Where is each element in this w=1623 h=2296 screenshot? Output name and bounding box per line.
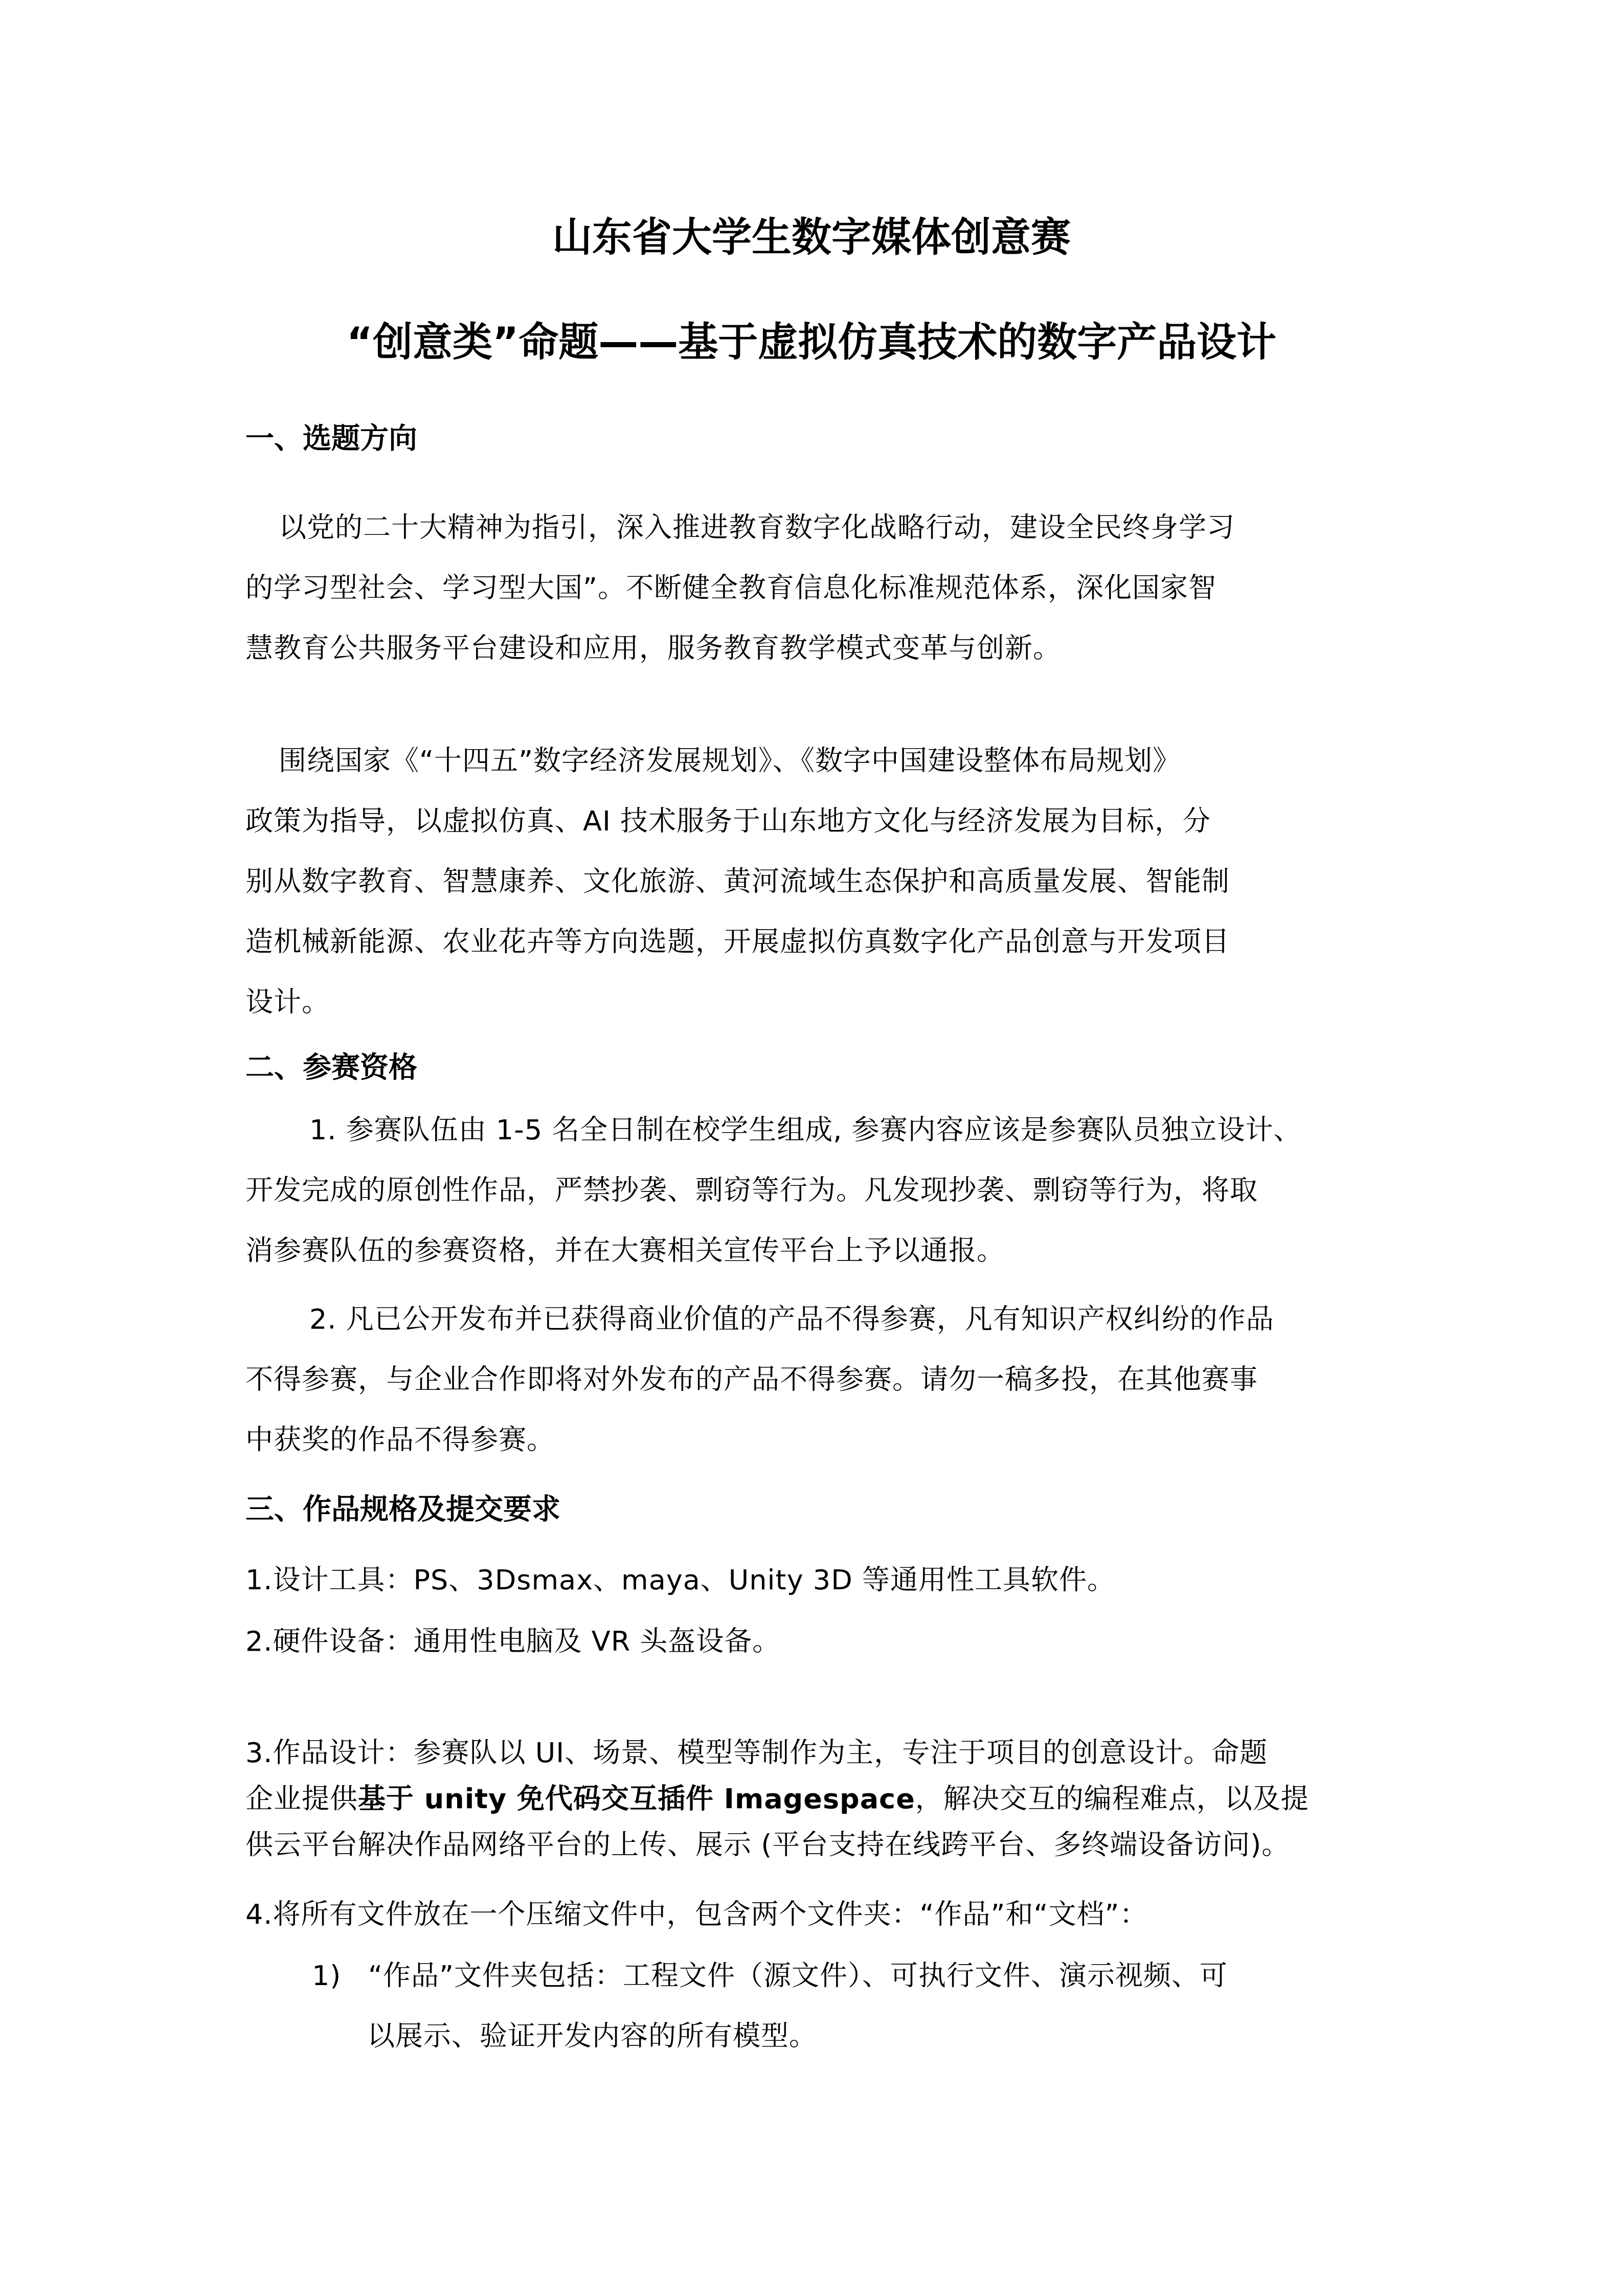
sub-item-line: 以展示、验证开发内容的所有模型。 [367,2020,817,2053]
list-item-line: 不得参赛，与企业合作即将对外发布的产品不得参赛。请勿一稿多投，在其他赛事 [245,1363,1258,1396]
section-heading-topic-direction: 一、选题方向 [245,422,417,455]
list-item-line: 企业提供基于 unity 免代码交互插件 Imagespace，解决交互的编程难… [245,1783,1309,1815]
text-segment: ，解决交互的编程难点，以及提 [915,1783,1309,1815]
document-subtitle: “创意类”命题——基于虚拟仿真技术的数字产品设计 [0,320,1623,366]
document-title: 山东省大学生数字媒体创意赛 [0,215,1623,261]
section-heading-submission-requirements: 三、作品规格及提交要求 [245,1493,560,1526]
sub-item-number: 1) [312,1960,341,1992]
list-item-line: 1.设计工具：PS、3Dsmax、maya、Unity 3D 等通用性工具软件。 [245,1564,1115,1596]
list-item-line: 开发完成的原创性作品，严禁抄袭、剽窃等行为。凡发现抄袭、剽窃等行为，将取 [245,1174,1258,1207]
list-item-line: 1. 参赛队伍由 1-5 名全日制在校学生组成, 参赛内容应该是参赛队员独立设计… [309,1114,1302,1146]
paragraph-line: 以党的二十大精神为指引，深入推进教育数字化战略行动，建设全民终身学习 [279,511,1235,544]
text-segment: 企业提供 [245,1783,358,1815]
list-item-line: 供云平台解决作品网络平台的上传、展示 (平台支持在线跨平台、多终端设备访问)。 [245,1829,1290,1861]
paragraph-line: 围绕国家《“十四五”数字经济发展规划》、《数字中国建设整体布局规划》 [279,745,1181,777]
list-item-line: 3.作品设计：参赛队以 UI、场景、模型等制作为主，专注于项目的创意设计。命题 [245,1737,1268,1769]
section-heading-eligibility: 二、参赛资格 [245,1051,417,1084]
paragraph-line: 设计。 [245,986,330,1019]
paragraph-line: 慧教育公共服务平台建设和应用，服务教育教学模式变革与创新。 [245,632,1061,665]
sub-item-line: “作品”文件夹包括：工程文件（源文件）、可执行文件、演示视频、可 [368,1960,1228,1992]
paragraph-line: 造机械新能源、农业花卉等方向选题，开展虚拟仿真数字化产品创意与开发项目 [245,926,1230,958]
paragraph-line: 的学习型社会、学习型大国”。不断健全教育信息化标准规范体系，深化国家智 [245,572,1216,604]
paragraph-line: 政策为指导，以虚拟仿真、AI 技术服务于山东地方文化与经济发展为目标，分 [245,805,1211,838]
paragraph-line: 别从数字教育、智慧康养、文化旅游、黄河流域生态保护和高质量发展、智能制 [245,865,1230,898]
list-item-line: 2. 凡已公开发布并已获得商业价值的产品不得参赛，凡有知识产权纠纷的作品 [309,1303,1274,1336]
list-item-line: 中获奖的作品不得参赛。 [245,1424,555,1456]
plugin-highlight: 基于 unity 免代码交互插件 Imagespace [358,1783,915,1815]
list-item-line: 消参赛队伍的参赛资格，并在大赛相关宣传平台上予以通报。 [245,1234,1005,1267]
list-item-line: 2.硬件设备：通用性电脑及 VR 头盔设备。 [245,1625,780,1658]
list-item-line: 4.将所有文件放在一个压缩文件中，包含两个文件夹：“作品”和“文档”： [245,1898,1147,1931]
